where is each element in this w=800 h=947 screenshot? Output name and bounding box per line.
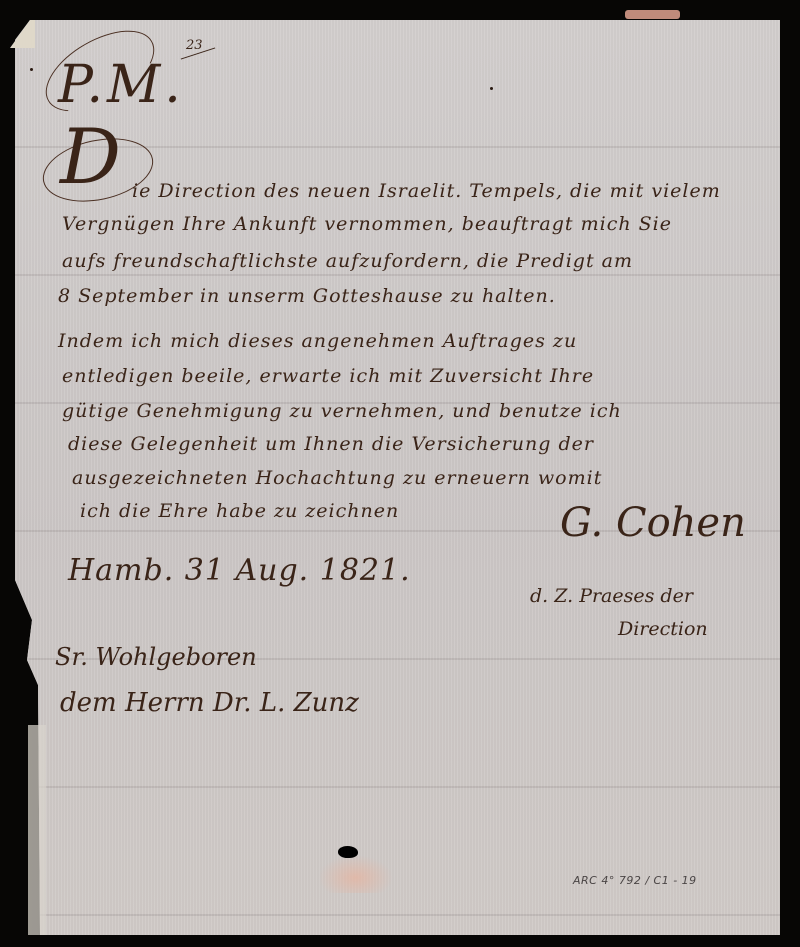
- body-line: diese Gelegenheit um Ihnen die Versicher…: [68, 433, 594, 455]
- folded-corner: [10, 20, 35, 50]
- body-line: entledigen beeile, erwarte ich mit Zuver…: [62, 365, 594, 387]
- body-line: ich die Ehre habe zu zeichnen: [80, 500, 399, 522]
- signature-name: G. Cohen: [560, 500, 746, 546]
- body-line: aufs freundschaftlichste aufzufordern, d…: [62, 250, 633, 272]
- address-line-1: Sr. Wohlgeboren: [55, 643, 257, 671]
- salutation: P.M.: [58, 55, 185, 115]
- body-line: 8 September in unserm Gotteshause zu hal…: [58, 285, 556, 307]
- wax-stain-top: [625, 10, 680, 19]
- archive-reference: ARC 4° 792 / C1 - 19: [573, 874, 697, 887]
- folio-number: 23: [186, 38, 203, 53]
- ink-speck: [490, 87, 493, 90]
- place-and-date: Hamb. 31 Aug. 1821.: [68, 553, 411, 588]
- decorative-initial: D: [60, 112, 121, 201]
- body-line: Vergnügen Ihre Ankunft vernommen, beauft…: [62, 213, 672, 235]
- body-line: ie Direction des neuen Israelit. Tempels…: [132, 180, 721, 202]
- body-line: gütige Genehmigung zu vernehmen, und ben…: [62, 400, 622, 422]
- address-line-2: dem Herrn Dr. L. Zunz: [60, 688, 359, 718]
- signature-title-direction: Direction: [618, 618, 708, 640]
- seal-stain: [318, 855, 393, 893]
- ink-speck: [30, 68, 33, 71]
- signature-title: d. Z. Praeses der: [530, 585, 693, 607]
- body-line: Indem ich mich dieses angenehmen Auftrag…: [58, 330, 577, 352]
- paper-repair-strip: [28, 725, 46, 935]
- body-line: ausgezeichneten Hochachtung zu erneuern …: [72, 467, 602, 489]
- paper-hole: [338, 846, 358, 858]
